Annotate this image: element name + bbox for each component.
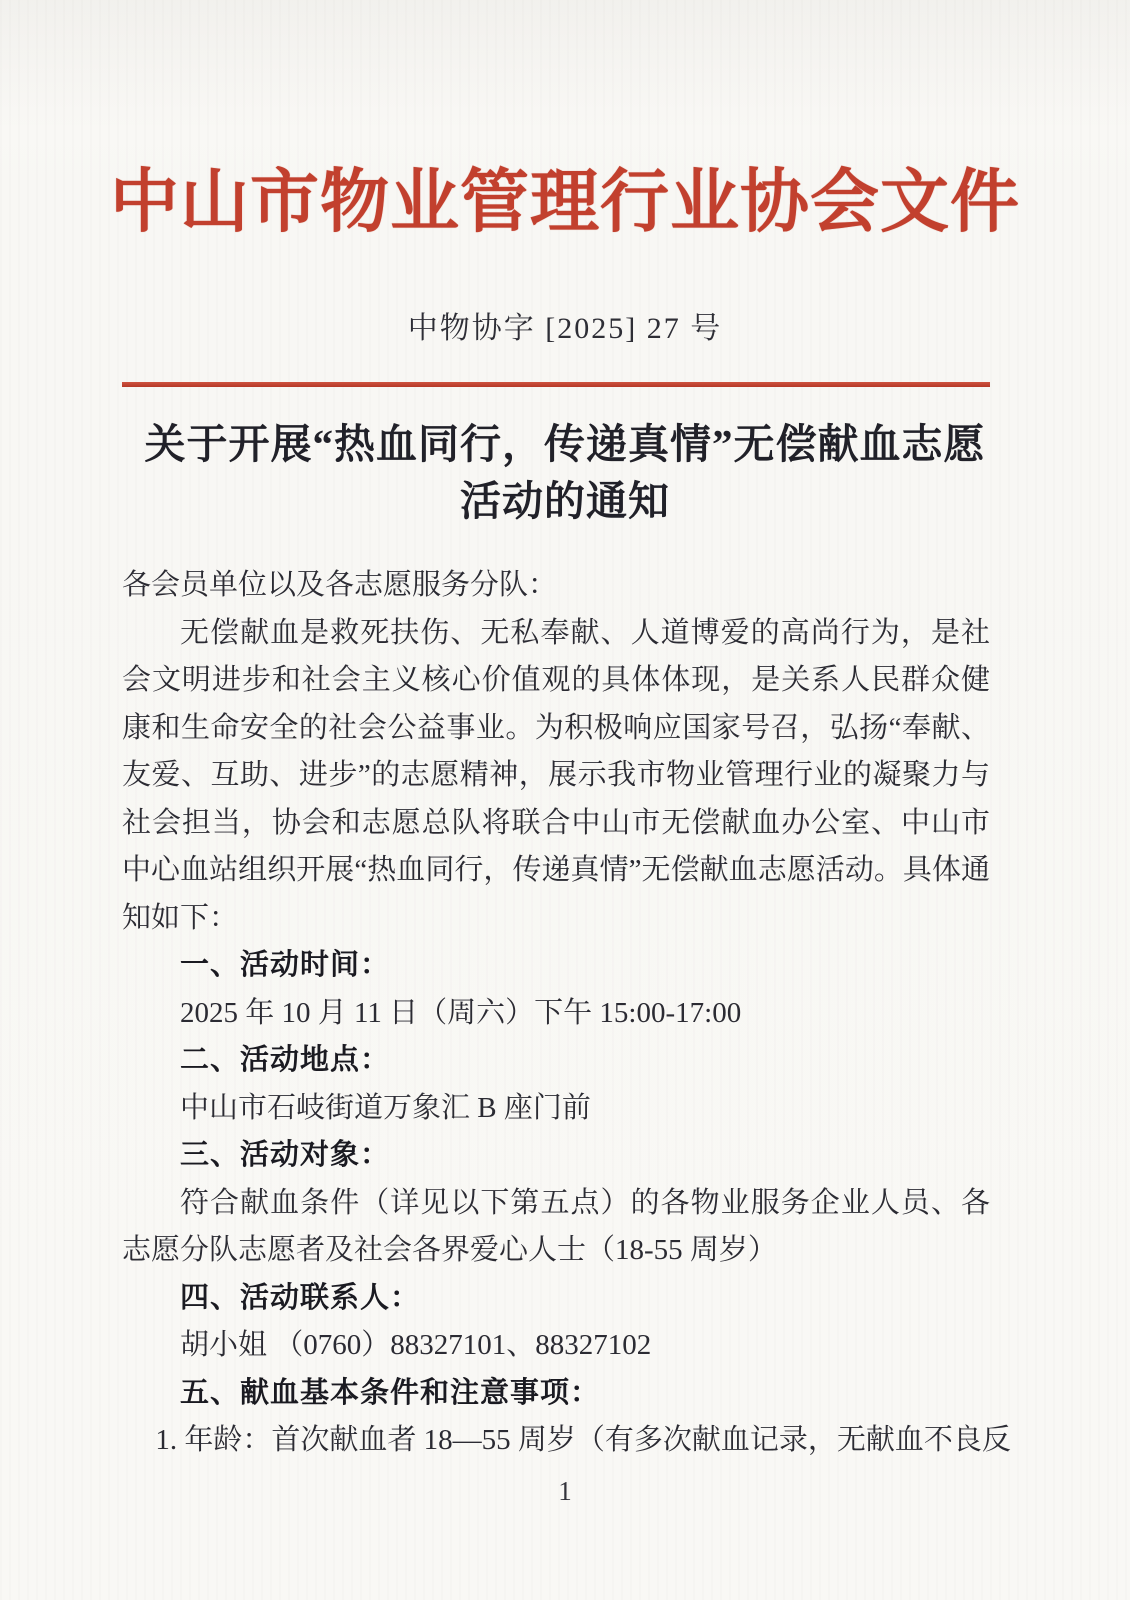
page-number: 1 [0, 1476, 1130, 1507]
notice-body: 各会员单位以及各志愿服务分队： 无偿献血是救死扶伤、无私奉献、人道博爱的高尚行为… [122, 562, 990, 1465]
salutation-line: 各会员单位以及各志愿服务分队： [122, 562, 990, 610]
section-5-body-donation-conditions: 1. 年龄：首次献血者 18—55 周岁（有多次献血记录，无献血不良反 [122, 1417, 990, 1465]
section-1-body-activity-time: 2025 年 10 月 11 日（周六）下午 15:00-17:00 [122, 990, 990, 1038]
scan-texture [0, 0, 1130, 130]
section-5-heading: 五、献血基本条件和注意事项： [122, 1370, 990, 1418]
section-2-body-activity-location: 中山市石岐街道万象汇 B 座门前 [122, 1085, 990, 1133]
intro-paragraph: 无偿献血是救死扶伤、无私奉献、人道博爱的高尚行为，是社会文明进步和社会主义核心价… [122, 610, 990, 943]
section-3-heading: 三、活动对象： [122, 1132, 990, 1180]
section-1-heading: 一、活动时间： [122, 942, 990, 990]
section-4-heading: 四、活动联系人： [122, 1275, 990, 1323]
section-2-heading: 二、活动地点： [122, 1037, 990, 1085]
document-page: 中山市物业管理行业协会文件 中物协字 [2025] 27 号 关于开展“热血同行… [0, 0, 1130, 1600]
notice-title: 关于开展“热血同行，传递真情”无偿献血志愿活动的通知 [65, 416, 1065, 530]
notice-title-line1: 关于开展“热血同行，传递真情”无偿献血志愿 [145, 421, 986, 467]
org-letterhead-title: 中山市物业管理行业协会文件 [0, 146, 1130, 245]
section-4-body-contact-person: 胡小姐 （0760）88327101、88327102 [122, 1322, 990, 1370]
notice-title-line2: 活动的通知 [460, 478, 670, 524]
red-divider-rule [122, 382, 990, 387]
section-3-body-activity-audience: 符合献血条件（详见以下第五点）的各物业服务企业人员、各志愿分队志愿者及社会各界爱… [122, 1180, 990, 1275]
document-reference-number: 中物协字 [2025] 27 号 [0, 303, 1130, 347]
